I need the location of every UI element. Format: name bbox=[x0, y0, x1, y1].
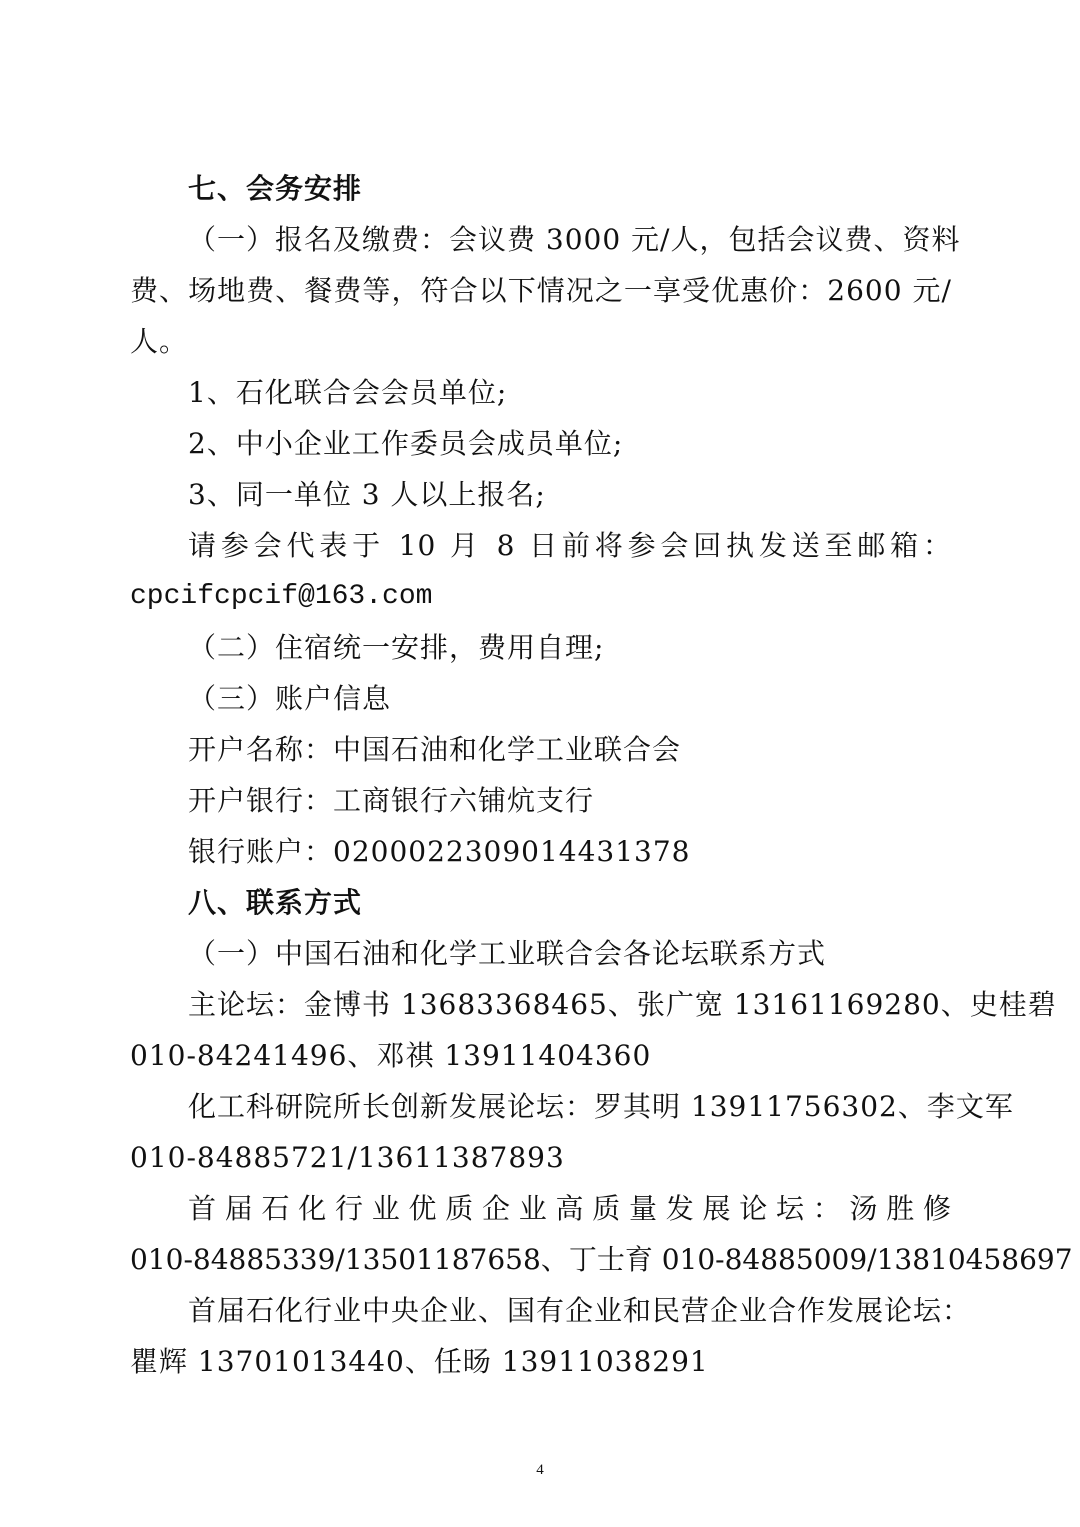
main-forum-contacts-line-2: 010-84241496、邓祺 13911404360 bbox=[130, 1031, 952, 1081]
cooperation-forum-contacts-line-2: 瞿辉 13701013440、任旸 13911038291 bbox=[130, 1337, 952, 1387]
discount-condition-2: 2、中小企业工作委员会成员单位; bbox=[188, 419, 952, 469]
discount-condition-3: 3、同一单位 3 人以上报名; bbox=[188, 470, 952, 520]
section-heading-contact: 八、联系方式 bbox=[188, 878, 952, 928]
institute-forum-contacts-line-1: 化工科研院所长创新发展论坛：罗其明 13911756302、李文军 bbox=[188, 1082, 952, 1132]
account-name: 开户名称：中国石油和化学工业联合会 bbox=[188, 725, 952, 775]
cooperation-forum-contacts-line-1: 首届石化行业中央企业、国有企业和民营企业合作发展论坛： bbox=[188, 1286, 952, 1336]
account-bank: 开户银行：工商银行六铺炕支行 bbox=[188, 776, 952, 826]
registration-fee-paragraph-line-3: 人。 bbox=[130, 317, 952, 367]
main-forum-contacts-line-1: 主论坛：金博书 13683368465、张广宽 13161169280、史桂碧 bbox=[188, 980, 952, 1030]
discount-condition-1: 1、石化联合会会员单位; bbox=[188, 368, 952, 418]
quality-forum-contacts-line-2: 010-84885339/13501187658、丁士育 010-8488500… bbox=[130, 1235, 952, 1285]
institute-forum-contacts-line-2: 010-84885721/13611387893 bbox=[130, 1133, 952, 1183]
registration-fee-paragraph-line-2: 费、场地费、餐费等，符合以下情况之一享受优惠价：2600 元/ bbox=[130, 266, 952, 316]
lodging-note: （二）住宿统一安排，费用自理; bbox=[188, 623, 952, 673]
submission-instruction: 请参会代表于 10 月 8 日前将参会回执发送至邮箱： bbox=[188, 521, 952, 571]
section-heading-meeting-arrangements: 七、会务安排 bbox=[188, 164, 952, 214]
contact-email: cpcifcpcif@163.com bbox=[130, 572, 952, 622]
account-number: 银行账户：0200022309014431378 bbox=[188, 827, 952, 877]
registration-fee-paragraph-line-1: （一）报名及缴费：会议费 3000 元/人，包括会议费、资料 bbox=[188, 215, 952, 265]
page-number: 4 bbox=[0, 1462, 1080, 1479]
quality-forum-contacts-line-1: 首届石化行业优质企业高质量发展论坛：汤胜修 bbox=[188, 1184, 952, 1234]
forum-contacts-subheading: （一）中国石油和化学工业联合会各论坛联系方式 bbox=[188, 929, 952, 979]
account-info-heading: （三）账户信息 bbox=[188, 674, 952, 724]
